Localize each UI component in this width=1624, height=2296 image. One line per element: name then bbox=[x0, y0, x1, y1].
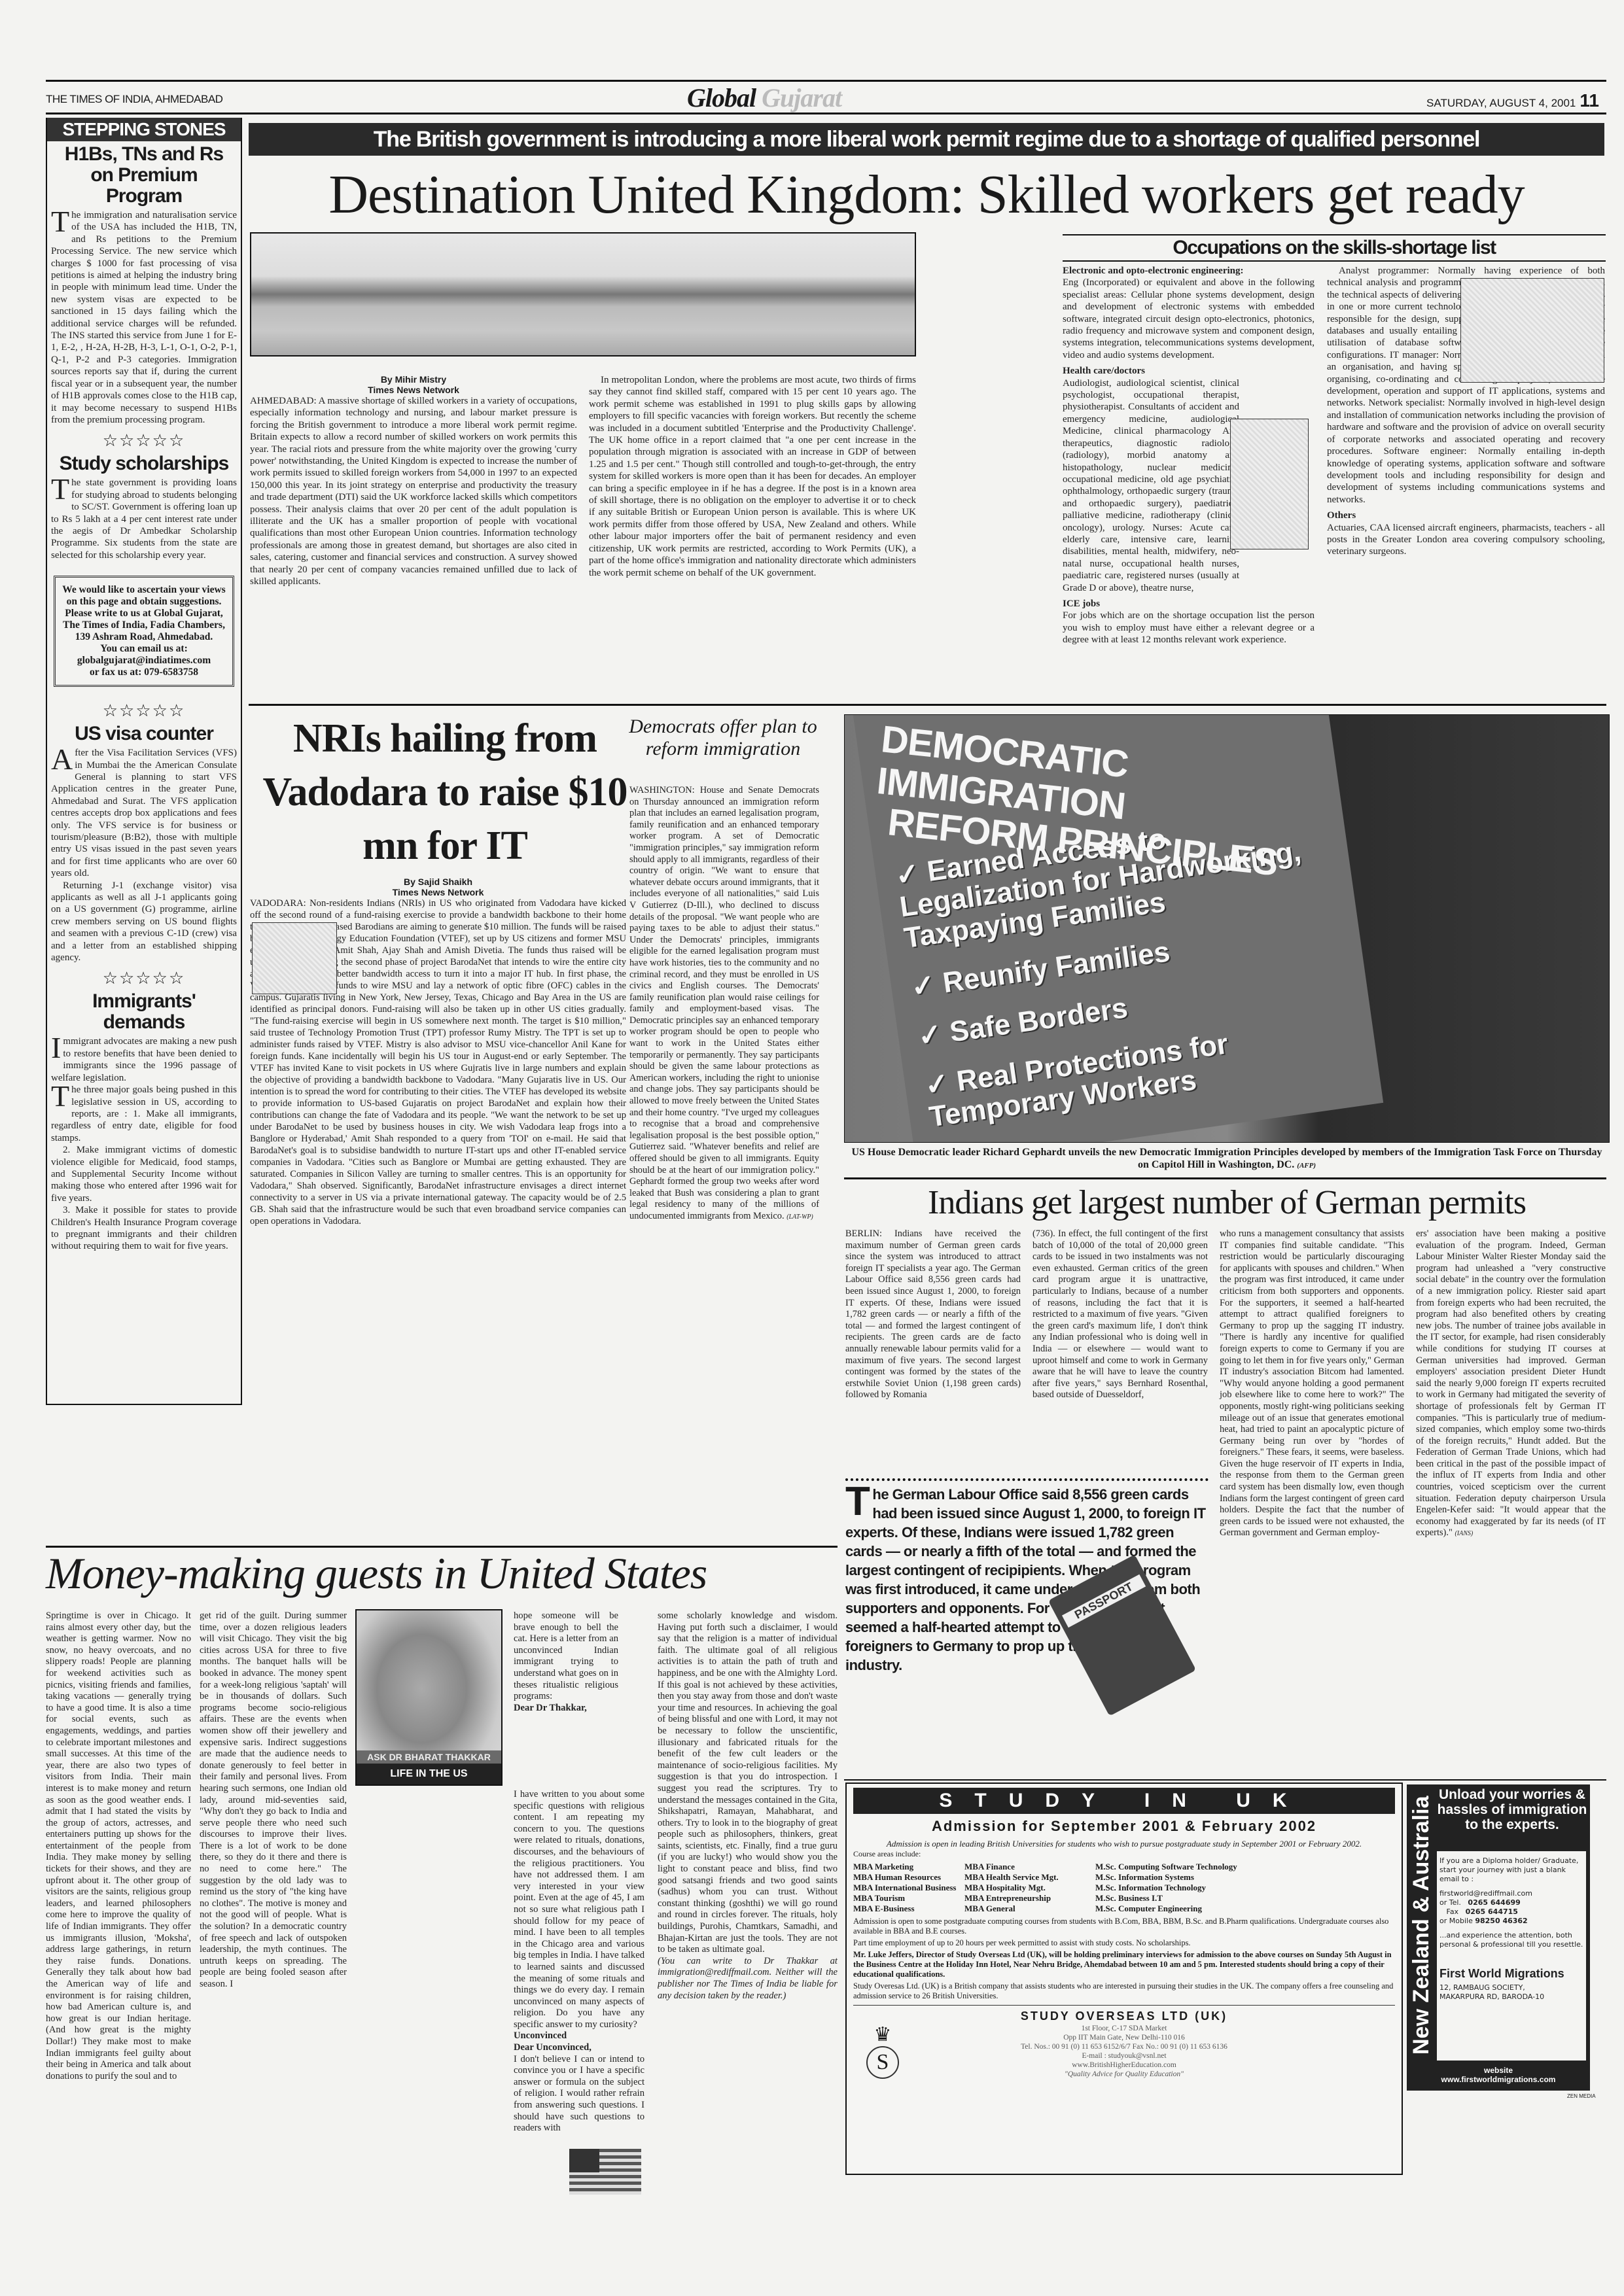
masthead-bottom-rule bbox=[46, 113, 1606, 114]
ad-title: STUDY IN UK bbox=[853, 1788, 1395, 1814]
sidebar-tag: STEPPING STONES bbox=[47, 118, 241, 141]
study-in-uk-ad: STUDY IN UK Admission for September 2001… bbox=[845, 1783, 1403, 2175]
masthead-top-rule bbox=[46, 80, 1606, 82]
feedback-email-link[interactable]: globalgujarat@indiatimes.com bbox=[58, 655, 230, 667]
sidebar-article-body: Immigrant advocates are making a new pus… bbox=[51, 1035, 237, 1084]
issue-date: SATURDAY, AUGUST 4, 200111 bbox=[1426, 90, 1599, 111]
money-graphic-icon bbox=[252, 922, 337, 994]
german-col1: BERLIN: Indians have received the maximu… bbox=[845, 1228, 1021, 1401]
uk-story-col2: In metropolitan London, where the proble… bbox=[589, 374, 916, 579]
london-skyline-photo bbox=[250, 232, 916, 357]
column-subtitle: LIFE IN THE US bbox=[357, 1764, 501, 1784]
german-col4: ers' association have been making a posi… bbox=[1416, 1228, 1606, 1540]
ad-headline: Unload your worries & hassles of immigra… bbox=[1437, 1787, 1587, 1832]
agency: Times News Network bbox=[250, 385, 577, 395]
section-title: Global Gujarat bbox=[687, 82, 841, 113]
nri-story-headline: NRIs hailing from Vadodara to raise $10 … bbox=[249, 712, 641, 873]
german-col3: who runs a management consultancy that a… bbox=[1220, 1228, 1404, 1539]
brand-name: First World Migrations bbox=[1439, 1969, 1583, 1978]
feedback-box: We would like to ascertain your views on… bbox=[54, 576, 234, 687]
german-story-headline: Indians get largest number of German per… bbox=[844, 1183, 1610, 1223]
ad-agency: ZEN MEDIA bbox=[1567, 2093, 1596, 2099]
german-col2: (736). In effect, the full contingent of… bbox=[1033, 1228, 1208, 1401]
ad-email-link[interactable]: E-mail : studyouk@vsnl.net bbox=[912, 2051, 1336, 2061]
sidebar-article-body: Returning J-1 (exchange visitor) visa ap… bbox=[51, 880, 237, 964]
money-col3: I have written to you about some specifi… bbox=[514, 1789, 644, 2273]
money-story-headline: Money-making guests in United States bbox=[46, 1547, 844, 1599]
byline: By Mihir Mistry bbox=[250, 374, 577, 385]
ad-website-link[interactable]: www.BritishHigherEducation.com bbox=[912, 2061, 1336, 2070]
sidebar-headline: H1Bs, TNs and Rs on Premium Program bbox=[51, 144, 237, 207]
sidebar-article-body: After the Visa Facilitation Services (VF… bbox=[51, 747, 237, 879]
programmer-cartoon-icon bbox=[1460, 278, 1604, 383]
sidebar-headline: Study scholarships bbox=[51, 453, 237, 474]
ad-email-link[interactable]: firstworld@rediffmail.com bbox=[1439, 1889, 1583, 1898]
sidebar-article-body: The immigration and naturalisation servi… bbox=[51, 209, 237, 426]
immigration-sign: DEMOCRATIC IMMIGRATION REFORM PRINCIPLES… bbox=[851, 714, 1383, 1143]
sidebar-article-body: The state government is providing loans … bbox=[51, 477, 237, 561]
star-divider-icon: ☆☆☆☆☆ bbox=[51, 969, 237, 988]
uk-story-headline: Destination United Kingdom: Skilled work… bbox=[249, 164, 1604, 226]
democrats-headline: Democrats offer plan to reform immigrati… bbox=[628, 716, 818, 760]
money-col1: Springtime is over in Chicago. It rains … bbox=[46, 1610, 191, 2274]
us-flag-icon bbox=[569, 2149, 641, 2195]
ad-subtitle: Admission for September 2001 & February … bbox=[853, 1818, 1395, 1835]
section-rule bbox=[844, 1177, 1606, 1179]
ad-website-link[interactable]: www.firstworldmigrations.com bbox=[1407, 2075, 1590, 2084]
page-number: 11 bbox=[1580, 90, 1599, 111]
star-divider-icon: ☆☆☆☆☆ bbox=[51, 431, 237, 451]
sidebar-article-body: The three major goals being pushed in th… bbox=[51, 1084, 237, 1144]
publication-name: THE TIMES OF INDIA, AHMEDABAD bbox=[46, 93, 222, 106]
crown-logo-icon: ♛ S bbox=[853, 2023, 912, 2079]
star-divider-icon: ☆☆☆☆☆ bbox=[51, 701, 237, 721]
columnist-photo: ASK DR BHARAT THAKKAR LIFE IN THE US bbox=[355, 1609, 503, 1786]
section-rule bbox=[844, 1779, 1606, 1781]
course-list: MBA MarketingMBA FinanceM.Sc. Computing … bbox=[853, 1862, 1395, 1914]
stepping-stones-sidebar: STEPPING STONES H1Bs, TNs and Rs on Prem… bbox=[46, 118, 242, 1405]
sidebar-headline: Immigrants' demands bbox=[51, 991, 237, 1033]
section-rule bbox=[249, 704, 1606, 706]
company-name: STUDY OVERSEAS LTD (UK) bbox=[853, 2005, 1395, 2023]
gephardt-photo: DEMOCRATIC IMMIGRATION REFORM PRINCIPLES… bbox=[844, 714, 1610, 1143]
uk-story-col1: By Mihir Mistry Times News Network AHMED… bbox=[250, 374, 577, 588]
money-col2: get rid of the guilt. During summer time… bbox=[200, 1610, 347, 2274]
sidebar-headline: US visa counter bbox=[51, 723, 237, 744]
uk-story-banner: The British government is introducing a … bbox=[249, 123, 1604, 156]
democrats-body: WASHINGTON: House and Senate Democrats o… bbox=[629, 785, 819, 1223]
occupations-title: Occupations on the skills-shortage list bbox=[1063, 234, 1606, 262]
first-world-migrations-ad: New Zealand & Australia Unload your worr… bbox=[1407, 1784, 1590, 2091]
photo-caption: US House Democratic leader Richard Gepha… bbox=[851, 1146, 1603, 1172]
doctor-cartoon-icon bbox=[1230, 419, 1309, 549]
ad-vertical-label: New Zealand & Australia bbox=[1407, 1784, 1436, 2066]
column-label: ASK DR BHARAT THAKKAR bbox=[357, 1750, 501, 1764]
money-col4: some scholarly knowledge and wisdom. Hav… bbox=[658, 1610, 838, 2274]
money-col3-top: hope someone will be brave enough to bel… bbox=[514, 1610, 618, 1714]
